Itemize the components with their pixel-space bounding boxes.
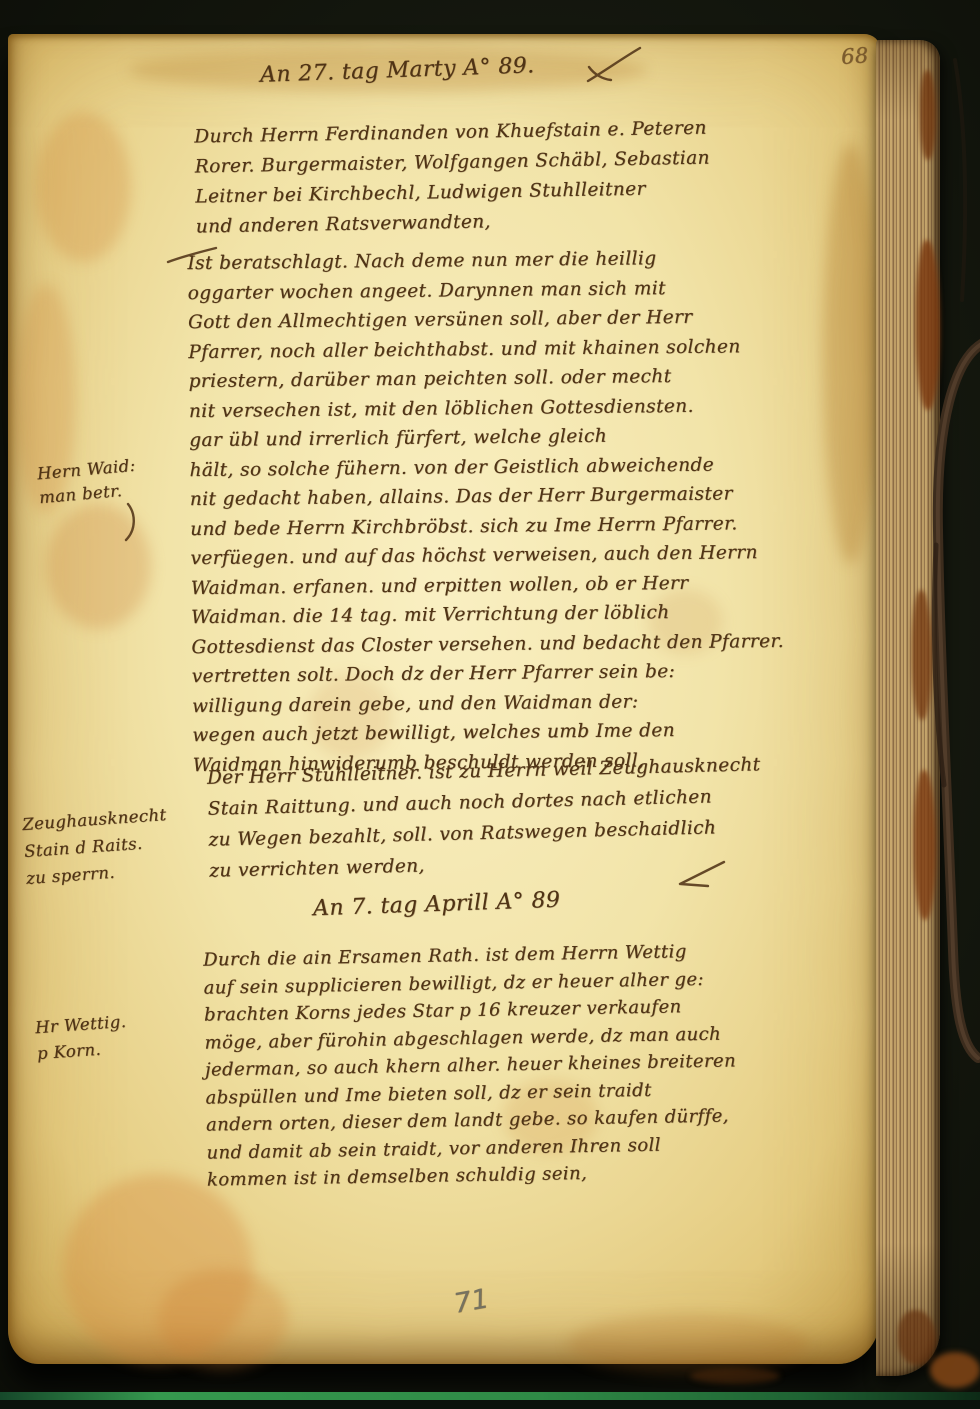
manuscript-photo: 68 An 27. tag Marty A° 89. Durch Herrn F… — [0, 0, 980, 1409]
margin-note-zeughaus: ZeughausknechtStain d Raits.zu sperrn. — [21, 801, 171, 892]
paragraph-grain-sale: Durch die ain Ersamen Rath. ist dem Herr… — [203, 937, 738, 1194]
stain — [823, 144, 878, 564]
entry-heading-march: An 27. tag Marty A° 89. — [260, 53, 535, 88]
paragraph-deliberation: Ist beratschlagt. Nach deme nun mer die … — [187, 243, 785, 780]
rust-stain — [916, 240, 940, 410]
manuscript-page: 68 An 27. tag Marty A° 89. Durch Herrn F… — [8, 34, 880, 1364]
rust-stain — [912, 590, 932, 720]
rust-stain — [914, 770, 936, 920]
rust-stain — [920, 70, 936, 160]
green-table-strip — [0, 1392, 980, 1400]
paragraph-council-names: Durch Herrn Ferdinanden von Khuefstain e… — [194, 114, 711, 243]
margin-note-waidman: Hern Waid:man betr. — [36, 454, 138, 510]
book-fore-edge — [876, 40, 940, 1376]
entry-heading-april: An 7. tag Aprill A° 89 — [313, 888, 561, 922]
pencil-page-number: 71 — [452, 1283, 492, 1320]
stain — [568, 1314, 808, 1374]
stain — [46, 504, 151, 629]
folio-number: 68 — [840, 43, 869, 69]
table-debris — [930, 1352, 980, 1388]
paragraph-resolution: Der Herr Stuhlleitner. ist zu Herrn weil… — [207, 749, 764, 886]
margin-note-wettig: Hr Wettig.p Korn. — [34, 1009, 129, 1067]
table-debris — [690, 1368, 780, 1384]
stain — [63, 1174, 253, 1364]
rust-stain — [898, 1310, 936, 1365]
stain — [36, 112, 131, 262]
stain — [158, 1269, 288, 1369]
table-shadow — [0, 1400, 980, 1409]
